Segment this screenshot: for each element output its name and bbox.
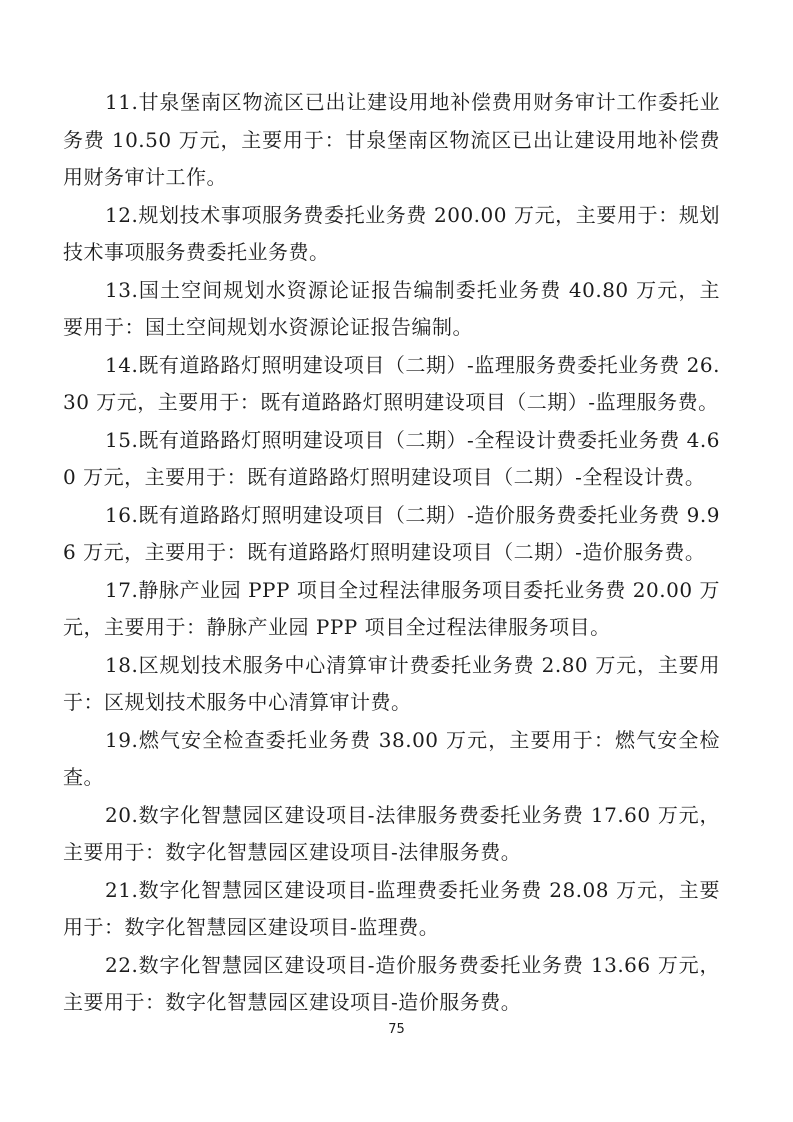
document-body: 11.甘泉堡南区物流区已出让建设用地补偿费用财务审计工作委托业务费 10.50 …: [63, 84, 720, 1022]
paragraph-item-20: 20.数字化智慧园区建设项目-法律服务费委托业务费 17.60 万元，主要用于：…: [63, 797, 720, 872]
paragraph-item-19: 19.燃气安全检查委托业务费 38.00 万元，主要用于：燃气安全检查。: [63, 722, 720, 797]
paragraph-item-21: 21.数字化智慧园区建设项目-监理费委托业务费 28.08 万元，主要用于：数字…: [63, 872, 720, 947]
paragraph-item-15: 15.既有道路路灯照明建设项目（二期）-全程设计费委托业务费 4.60 万元，主…: [63, 422, 720, 497]
paragraph-item-17: 17.静脉产业园 PPP 项目全过程法律服务项目委托业务费 20.00 万元，主…: [63, 572, 720, 647]
paragraph-item-12: 12.规划技术事项服务费委托业务费 200.00 万元，主要用于：规划技术事项服…: [63, 197, 720, 272]
paragraph-item-18: 18.区规划技术服务中心清算审计费委托业务费 2.80 万元，主要用于：区规划技…: [63, 647, 720, 722]
paragraph-item-11: 11.甘泉堡南区物流区已出让建设用地补偿费用财务审计工作委托业务费 10.50 …: [63, 84, 720, 197]
page-number: 75: [0, 1022, 793, 1037]
paragraph-item-13: 13.国土空间规划水资源论证报告编制委托业务费 40.80 万元，主要用于：国土…: [63, 272, 720, 347]
paragraph-item-14: 14.既有道路路灯照明建设项目（二期）-监理服务费委托业务费 26.30 万元，…: [63, 347, 720, 422]
document-page: 11.甘泉堡南区物流区已出让建设用地补偿费用财务审计工作委托业务费 10.50 …: [0, 0, 793, 1122]
paragraph-item-16: 16.既有道路路灯照明建设项目（二期）-造价服务费委托业务费 9.96 万元，主…: [63, 497, 720, 572]
paragraph-item-22: 22.数字化智慧园区建设项目-造价服务费委托业务费 13.66 万元，主要用于：…: [63, 947, 720, 1022]
